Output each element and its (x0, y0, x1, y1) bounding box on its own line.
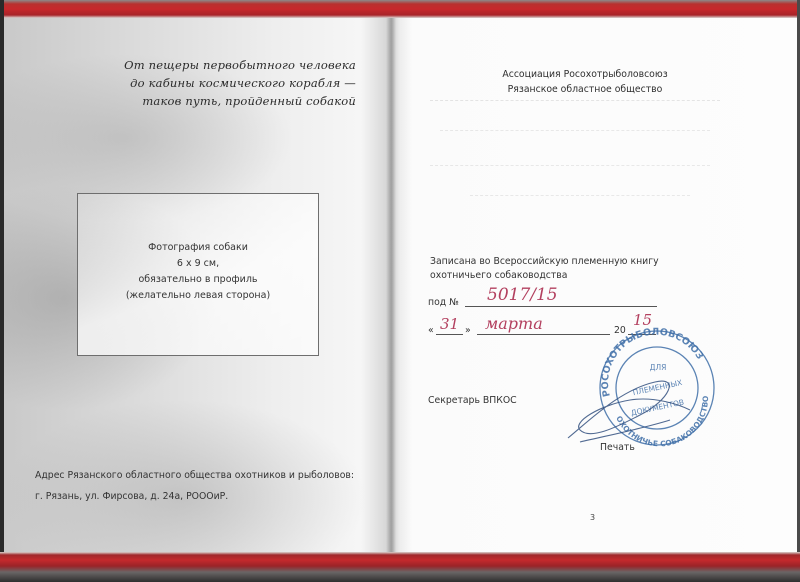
date-open-quote: « (428, 325, 434, 336)
bleed-through-line (470, 195, 690, 198)
registration-number-label: под № (428, 297, 459, 308)
photo-placeholder-box: Фотография собаки 6 х 9 см, обязательно … (77, 193, 319, 356)
motto-line: до кабины космического корабля — (120, 74, 356, 92)
motto-line: От пещеры первобытного человека (120, 56, 356, 74)
organization-line: Рязанское областное общество (500, 82, 670, 97)
motto: От пещеры первобытного человека до кабин… (120, 56, 356, 110)
bleed-through-line (430, 165, 710, 168)
motto-line: таков путь, пройденный собакой (120, 92, 356, 110)
booklet-spread: От пещеры первобытного человека до кабин… (0, 0, 800, 582)
photo-instruction-line: 6 х 9 см, (78, 256, 318, 272)
date-close-quote: » (465, 325, 471, 336)
address-block: Адрес Рязанского областного общества охо… (35, 465, 354, 507)
address-value: г. Рязань, ул. Фирсова, д. 24а, РОООиР. (35, 486, 354, 507)
photo-instruction-line: обязательно в профиль (78, 272, 318, 288)
registration-number-value: 5017/15 (487, 285, 558, 305)
registration-line: охотничьего собаководства (430, 269, 659, 283)
seal-label: Печать (600, 442, 635, 453)
organization-header: Ассоциация Росохотрыболовсоюз Рязанское … (500, 67, 670, 97)
cover-edge-bottom (0, 552, 800, 582)
photo-instruction-line: (желательно левая сторона) (78, 288, 318, 304)
date-day-line (436, 334, 463, 335)
registration-statement: Записана во Всероссийскую племенную книг… (430, 255, 659, 283)
date-day-value: 31 (440, 315, 459, 333)
date-month-value: марта (485, 314, 543, 333)
cover-edge-top (0, 0, 800, 18)
date-month-line (477, 334, 610, 335)
bleed-through-line (430, 100, 720, 103)
bleed-through-line (440, 130, 710, 133)
page-number: 3 (590, 513, 595, 522)
organization-line: Ассоциация Росохотрыболовсоюз (500, 67, 670, 82)
right-page (392, 18, 797, 552)
secretary-label: Секретарь ВПКОС (428, 395, 517, 406)
photo-instruction-line: Фотография собаки (78, 240, 318, 256)
registration-line: Записана во Всероссийскую племенную книг… (430, 255, 659, 269)
address-label: Адрес Рязанского областного общества охо… (35, 465, 354, 486)
photo-instructions: Фотография собаки 6 х 9 см, обязательно … (78, 240, 318, 304)
signature-icon (560, 360, 700, 450)
registration-number-line (465, 306, 657, 307)
binding-crease (386, 18, 396, 552)
